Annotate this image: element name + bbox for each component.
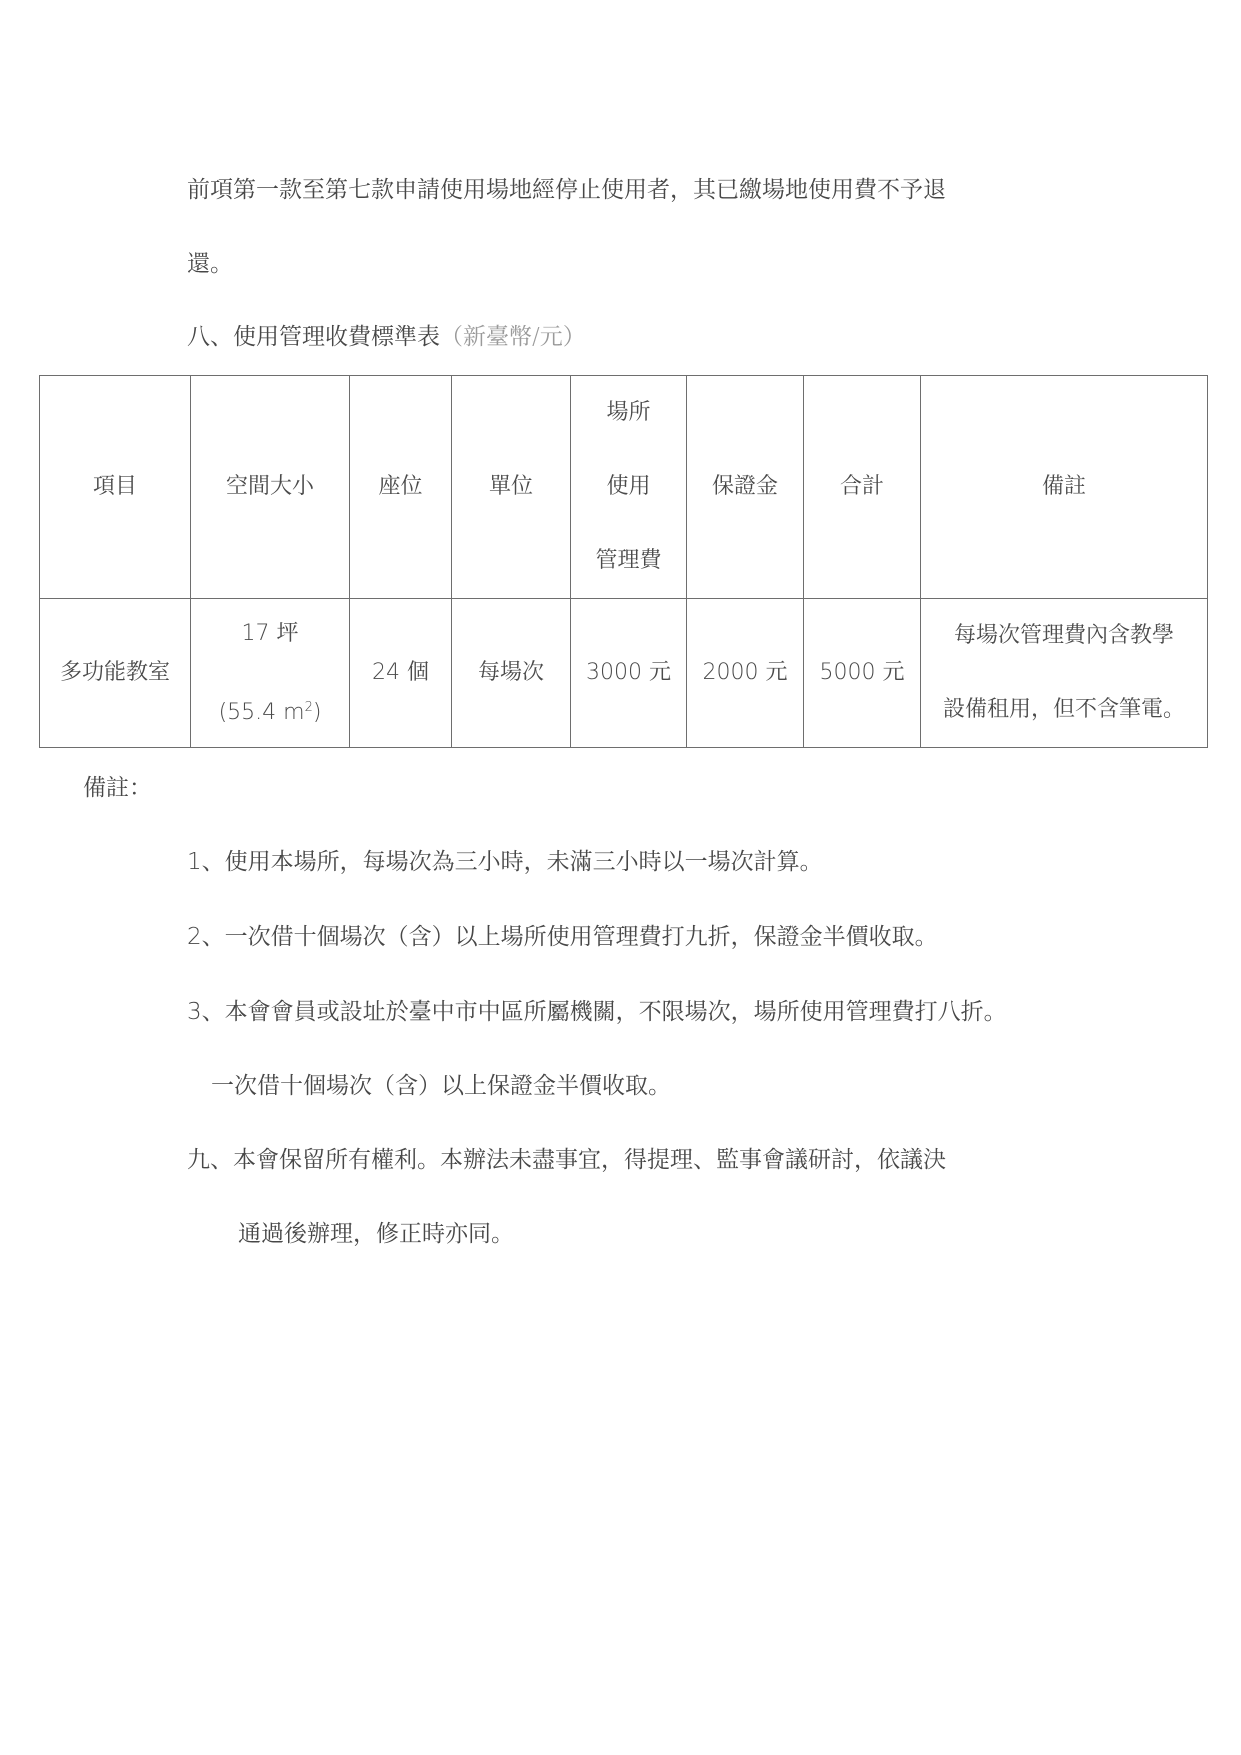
section-8-heading: 八、使用管理收費標準表（新臺幣/元） bbox=[187, 322, 586, 352]
note-item-3: 3、本會會員或設址於臺中市中區所屬機關，不限場次，場所使用管理費打八折。 bbox=[187, 997, 1007, 1027]
section-8-title: 八、使用管理收費標準表 bbox=[187, 324, 440, 350]
header-size: 空間大小 bbox=[191, 376, 350, 599]
cell-item: 多功能教室 bbox=[40, 599, 191, 748]
cell-remarks-line-2: 設備租用，但不含筆電。 bbox=[925, 695, 1203, 725]
cell-remarks: 每場次管理費內含教學 設備租用，但不含筆電。 bbox=[921, 599, 1208, 748]
note-item-2: 2、一次借十個場次（含）以上場所使用管理費打九折，保證金半價收取。 bbox=[187, 922, 938, 952]
cell-size: 17 坪 (55.4 m2) bbox=[191, 599, 350, 748]
header-unit: 單位 bbox=[452, 376, 571, 599]
cell-size-ping: 17 坪 bbox=[195, 619, 345, 649]
header-seats: 座位 bbox=[350, 376, 452, 599]
cell-total: 5000 元 bbox=[804, 599, 921, 748]
header-venue-fee-line-3: 管理費 bbox=[575, 546, 682, 576]
header-total: 合計 bbox=[804, 376, 921, 599]
cell-unit: 每場次 bbox=[452, 599, 571, 748]
header-deposit: 保證金 bbox=[687, 376, 804, 599]
fee-standard-table: 項目 空間大小 座位 單位 場所 使用 管理費 保證金 合計 備註 多功能教室 … bbox=[39, 375, 1208, 748]
cell-venue-fee: 3000 元 bbox=[571, 599, 687, 748]
notes-label: 備註： bbox=[83, 773, 152, 803]
table-row: 多功能教室 17 坪 (55.4 m2) 24 個 每場次 3000 元 200… bbox=[40, 599, 1208, 748]
refund-paragraph-line-2: 還。 bbox=[187, 249, 233, 279]
cell-deposit: 2000 元 bbox=[687, 599, 804, 748]
note-item-3-continued: 一次借十個場次（含）以上保證金半價收取。 bbox=[211, 1071, 671, 1101]
currency-unit-note: （新臺幣/元） bbox=[440, 324, 586, 350]
cell-size-sqm: (55.4 m2) bbox=[195, 693, 345, 728]
section-9-line-2: 通過後辦理，修正時亦同。 bbox=[238, 1219, 514, 1249]
header-item: 項目 bbox=[40, 376, 191, 599]
note-item-1: 1、使用本場所，每場次為三小時，未滿三小時以一場次計算。 bbox=[187, 847, 823, 877]
header-remarks: 備註 bbox=[921, 376, 1208, 599]
cell-remarks-line-1: 每場次管理費內含教學 bbox=[925, 621, 1203, 651]
header-venue-fee: 場所 使用 管理費 bbox=[571, 376, 687, 599]
section-9-line-1: 九、本會保留所有權利。本辦法未盡事宜，得提理、監事會議研討，依議決 bbox=[187, 1145, 946, 1175]
header-venue-fee-line-2: 使用 bbox=[575, 472, 682, 502]
header-venue-fee-line-1: 場所 bbox=[575, 398, 682, 428]
cell-seats: 24 個 bbox=[350, 599, 452, 748]
table-header-row: 項目 空間大小 座位 單位 場所 使用 管理費 保證金 合計 備註 bbox=[40, 376, 1208, 599]
refund-paragraph-line-1: 前項第一款至第七款申請使用場地經停止使用者，其已繳場地使用費不予退 bbox=[187, 175, 946, 205]
